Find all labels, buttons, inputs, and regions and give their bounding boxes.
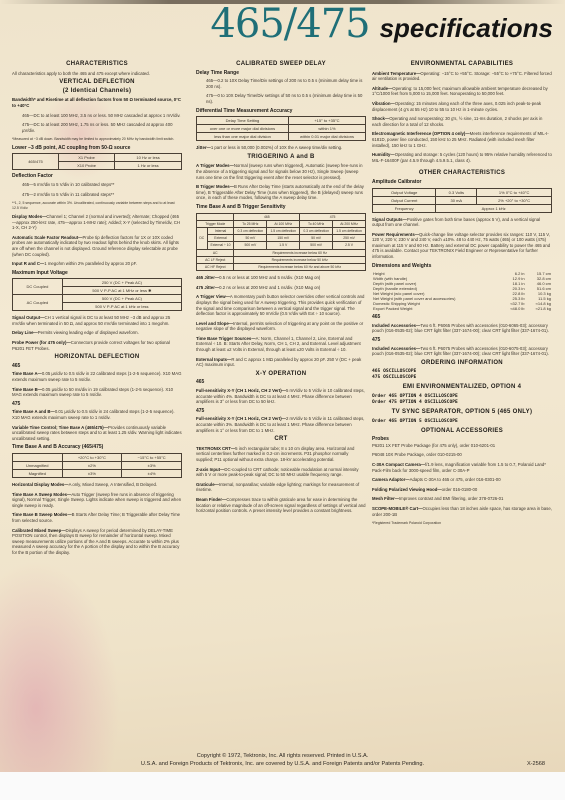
document-code: X-2568 [527,761,545,767]
table-cell: ±2% [62,461,122,469]
table-cell: 0.3 Volts [436,188,477,196]
table-cell: 30 mA [436,196,477,204]
patent-line: U.S.A. and Foreign Products of Tektronix… [0,761,565,767]
df-475: 475—2 mV/div to 5 V/div in 11 calibrated… [12,192,182,198]
item-lead: C-30A Compact Camera— [372,462,425,467]
table-cell: less than one major dial division [197,133,289,141]
item-text: Permits viewing leading edge of displaye… [38,330,139,335]
table-header: At 200 MHz [333,220,366,227]
amplitude-calibrator-table: Output Voltage0.3 Volts1% 0°C to +40°C O… [372,188,552,213]
item-text: Operating and storage: 5 cycles (120 hou… [372,152,552,163]
middle-column: CALIBRATED SWEEP DELAY Delay Time Range … [196,60,366,518]
section-title: X-Y OPERATION [196,372,366,378]
dtma-table: Delay Time Setting+15° to +35°C over one… [196,116,366,141]
model-heading: 465 [372,315,552,321]
subsection-title: Dimensions and Weights [372,264,552,270]
table-header: To 25 MHz [234,220,267,227]
table-cell: 0.3 cm deflection [300,227,333,234]
section-title: OTHER CHARACTERISTICS [372,171,552,177]
table-cell: ±3% [122,461,182,469]
lower-3db-table: 465/475 X1 Probe 10 Hz or less X10 Probe… [12,153,182,170]
item-lead: Vibration— [372,101,395,106]
table-cell: 1 Hz or less [115,162,182,170]
item-lead: Included Accessories— [372,346,420,351]
table-header: +15° to +35°C [288,117,365,125]
item-text: 1 part or less in 50,000 (0.002%) of 10X… [211,145,342,150]
table-cell: AC Coupled [13,295,63,311]
item-lead: Altitude— [372,86,392,91]
spec-sheet: 465/475 specifications CHARACTERISTICS A… [0,0,565,772]
max-input-table: DC Coupled250 V (DC + Peak AC) 500 V P-P… [12,278,182,311]
item-text: order 016-0180-00 [442,487,478,492]
item-lead: Folding Polarized Viewing Hood— [372,487,442,492]
trigger-sensitivity-table: 465475 Trigger ModeTo 25 MHzAt 100 MHzTo… [196,213,366,272]
table-cell: Unmagnified [13,461,63,469]
model-title: 465/475 [210,2,369,46]
subsection-title: Time Base A and B Accuracy (465/475) [12,445,182,451]
item-lead: Horizontal Display Modes— [12,482,69,487]
bandwidth-lead: Bandwidth* and Risetime at all deflectio… [12,97,181,108]
table-cell: 250 mV [333,235,366,242]
item-lead: Electromagnetic Interference (OPTION 4 o… [372,131,470,136]
section-title: TRIGGERING A and B [196,155,366,161]
order-line: Order 475 OPTION 4 OSCILLOSCOPE [372,400,552,406]
item-lead: External Inputs— [196,357,231,362]
footnote: *Measured at −3 dB down. Bandwidth may b… [12,137,182,141]
item-lead: 475 Jitter— [196,285,219,290]
item-lead: Ambient Temperature— [372,71,420,76]
table-cell: External [207,235,234,242]
item-text: 0.5 ns or less at 100 MHz and 5 ns/div. … [219,275,320,280]
model-heading: 465 [196,380,366,386]
table-cell: Output Current [373,196,436,204]
item-text: 1 megohm within 2% paralleled by approx … [44,261,137,266]
table-cell: 150 mV [267,235,300,242]
table-cell: 10 Hz or less [115,154,182,162]
item-lead: Time Base A Sweep Modes— [12,492,71,497]
item-lead: Jitter— [196,145,211,150]
table-cell: within 0.01 major dial divisions [288,133,365,141]
item-lead: A Trigger Modes— [196,163,234,168]
section-title: HORIZONTAL DEFLECTION [12,355,182,361]
table-cell: Export Packed Weight [372,306,501,311]
item-lead: Time Base A— [12,371,42,376]
table-cell: ±3% [62,469,122,477]
item-lead: SCOPE-MOBILE® Cart— [372,506,422,511]
accuracy-table: +20°C to +30°C−15°C to +55°C Unmagnified… [12,453,182,478]
subsection-title: Deflection Factor [12,174,182,180]
item-lead: Graticule— [196,482,219,487]
table-header: 465 [234,213,300,220]
table-cell: 500 V (DC + Peak AC) [62,295,181,303]
section-subtitle: (2 Identical Channels) [12,89,182,95]
order-line: Order 465 OPTION 5 OSCILLOSCOPE [372,419,552,425]
item-text: Improves contrast and EMI filtering, ord… [399,496,503,501]
table-cell: 500 mV [234,242,267,249]
table-cell: 0.3 cm deflection [234,227,267,234]
item-lead: Humidity— [372,152,395,157]
intro-text: All characteristics apply to both the 46… [12,71,182,77]
table-cell: 1.5 V [267,242,300,249]
dtr-475: 475—0 to 10X Delay Time/Div settings of … [196,93,366,104]
table-cell: AC HF Reject [197,263,234,270]
item-lead: Variable Time Control; Time Base A (465/… [12,425,108,430]
table-cell: Requirements increase below 50 kHz [234,256,366,263]
right-column: ENVIRONMENTAL CAPABILITIES Ambient Tempe… [372,60,552,530]
table-cell: Approx 1 kHz [436,204,552,212]
table-cell: over one or more major dial divisions [197,125,289,133]
section-title: OPTIONAL ACCESSORIES [372,429,552,435]
table-cell: Internal [207,227,234,234]
model-heading: 465 [12,364,182,370]
item-lead: Automatic Scale Factor Readout— [12,235,82,240]
table-cell: DC [197,227,208,249]
item-text: A only, Mixed Sweep, A Intensified, B De… [69,482,158,487]
copyright-line: Copyright © 1972, Tektronix, Inc. All ri… [0,753,565,759]
table-cell: Magnified [13,469,63,477]
item-lead: Full-sensitivity X-Y (CH 1 Horiz, CH 2 V… [196,388,286,393]
table-header: Delay Time Setting [197,117,289,125]
item-text: 0.2 ns or less at 200 MHz and 1 ns/div. … [219,285,320,290]
table-cell: within 1% [288,125,365,133]
table-cell: 250 V (DC + Peak AC) [62,279,181,287]
table-cell: Frequency [373,204,436,212]
item-lead: Signal Output— [12,315,44,320]
table-cell: AC [197,249,234,256]
table-header: To 40 MHz [300,220,333,227]
table-header [13,453,63,461]
section-title: CHARACTERISTICS [12,62,182,68]
model-heading: 475 [12,402,182,408]
table-cell: ±4% [122,469,182,477]
section-title: CRT [196,437,366,443]
page-subtitle: specifications [380,13,553,44]
subsection-title: Time Base A and B Trigger Sensitivity [196,205,366,211]
subsection-title: Differential Time Measurement Accuracy [196,109,366,115]
section-title: EMI ENVIRONMENTALIZED, OPTION 4 [372,385,552,391]
item-lead: 465 Jitter— [196,275,219,280]
table-header: Trigger Mode [197,220,234,227]
table-cell: Requirements increase below 60 Hz and ab… [234,263,366,270]
dimension-row: Export Packed Weight≈48.0 lb≈21.8 kg [372,306,552,311]
bw-475: 475—DC to at least 200 MHz, 1.75 ns or l… [12,122,182,133]
item-text: Internal, nonparallax; variable edge lig… [196,482,359,493]
table-cell: External ÷ 10 [207,242,234,249]
table-cell: 2% +20° to +30°C [477,196,552,204]
table-header: At 100 MHz [267,220,300,227]
item-lead: Level and Slope— [196,321,233,326]
item-text: P6048 10X Probe Package, order 010-0215-… [372,452,552,458]
table-cell: X10 Probe [58,162,114,170]
item-lead: Delay Line— [12,330,38,335]
table-header: −15°C to +55°C [122,453,182,461]
subsection-title: Maximum Input Voltage [12,271,182,277]
table-header: +20°C to +30°C [62,453,122,461]
dimensions-table: Height6.2 in15.7 cmWidth (with handle)12… [372,271,552,311]
section-title: ORDERING INFORMATION [372,361,552,367]
item-lead: Time Base B— [12,387,42,392]
table-cell: 50 mV [300,235,333,242]
table-cell: X1 Probe [58,154,114,162]
item-lead: TEKTRONIX CRT— [196,446,235,451]
table-cell: 2.5 V [333,242,366,249]
item-lead: A Trigger View— [196,294,230,299]
item-lead: Input R and C— [12,261,44,266]
item-lead: Included Accessories— [372,323,420,328]
item-lead: Signal Outputs— [372,217,407,222]
table-cell: 1.5 cm deflection [267,227,300,234]
table-cell: 500 V P-P AC at 1 kHz or less [62,303,181,311]
item-lead: Shock— [372,116,389,121]
footnote: *Registered Trademark Polaroid Corporati… [372,521,552,525]
subsection-title: Amplitude Calibrator [372,180,552,186]
model-heading: 475 [372,338,552,344]
item-lead: Calibrated Mixed Sweep— [12,528,66,533]
section-title: CALIBRATED SWEEP DELAY [196,62,366,68]
df-465: 465—5 mV/div to 5 V/div in 10 calibrated… [12,182,182,188]
item-lead: Mesh Filter— [372,496,399,501]
item-lead: Beam Finder— [196,497,226,502]
item-lead: Camera Adaptor— [372,477,410,482]
section-title: VERTICAL DEFLECTION [12,80,182,86]
section-title: TV SYNC SEPARATOR, OPTION 5 (465 ONLY) [372,410,552,416]
table-cell: 500 V P-P AC at 1 MHz or less ✱ [62,287,181,295]
dtr-465: 465—0.2 to 10X Delay Time/Div settings o… [196,78,366,89]
model-heading: 475 [196,409,366,415]
table-cell: Requirements increase below 60 Hz [234,249,366,256]
section-title: ENVIRONMENTAL CAPABILITIES [372,62,552,68]
subsection-title: Delay Time Range [196,71,366,77]
order-line: 475 OSCILLOSCOPE [372,375,552,381]
page-header: 465/475 specifications [210,2,553,46]
item-text: P6201 1X FET Probe Package (for 475 only… [372,443,552,449]
item-lead: B Trigger Modes— [196,184,234,189]
table-cell: DC Coupled [13,279,63,295]
table-cell: AC LF Reject [197,256,234,263]
item-lead: Time Base Trigger Sources— [196,336,256,341]
item-text: Adapts C-30A to 465 or 475, order 016-03… [410,477,501,482]
table-cell: ≈48.0 lb [501,306,526,311]
table-cell: 500 mV [300,242,333,249]
item-text: Operating and nonoperating: 30 g's, ½ si… [372,116,542,127]
item-lead: Time Base A and B— [12,409,55,414]
table-header: 475 [300,213,366,220]
item-text: Operating: to 15,000 feet; maximum allow… [372,86,548,97]
item-lead: Full-sensitivity X-Y (CH 1 Horiz, CH 2 V… [196,416,286,421]
item-lead: Power Requirements— [372,232,419,237]
item-lead: Z-axis Input— [196,467,224,472]
bw-465: 465—DC to at least 100 MHz, 3.5 ns or le… [12,113,182,119]
table-cell: 465/475 [13,154,59,170]
table-cell: ≈21.8 kg [526,306,552,311]
stain [0,560,120,772]
table-cell: 1.5 cm deflection [333,227,366,234]
table-cell: Output Voltage [373,188,436,196]
item-lead: Time Base B Sweep Modes— [12,512,72,517]
item-text: Operating: 15 minutes along each of the … [372,101,541,112]
table-cell: 1% 0°C to +40°C [477,188,552,196]
table-cell [197,213,234,220]
left-column: CHARACTERISTICS All characteristics appl… [12,60,182,560]
item-lead: Probe Power (for 475 only)— [12,340,71,345]
footnote: **1, 2, 5 sequence, accurate within 3%. … [12,201,182,210]
subsection-title: Lower −3 dB point, AC coupling from 50-Ω… [12,146,182,152]
table-cell: 50 mV [234,235,267,242]
item-lead: Display Modes— [12,214,46,219]
